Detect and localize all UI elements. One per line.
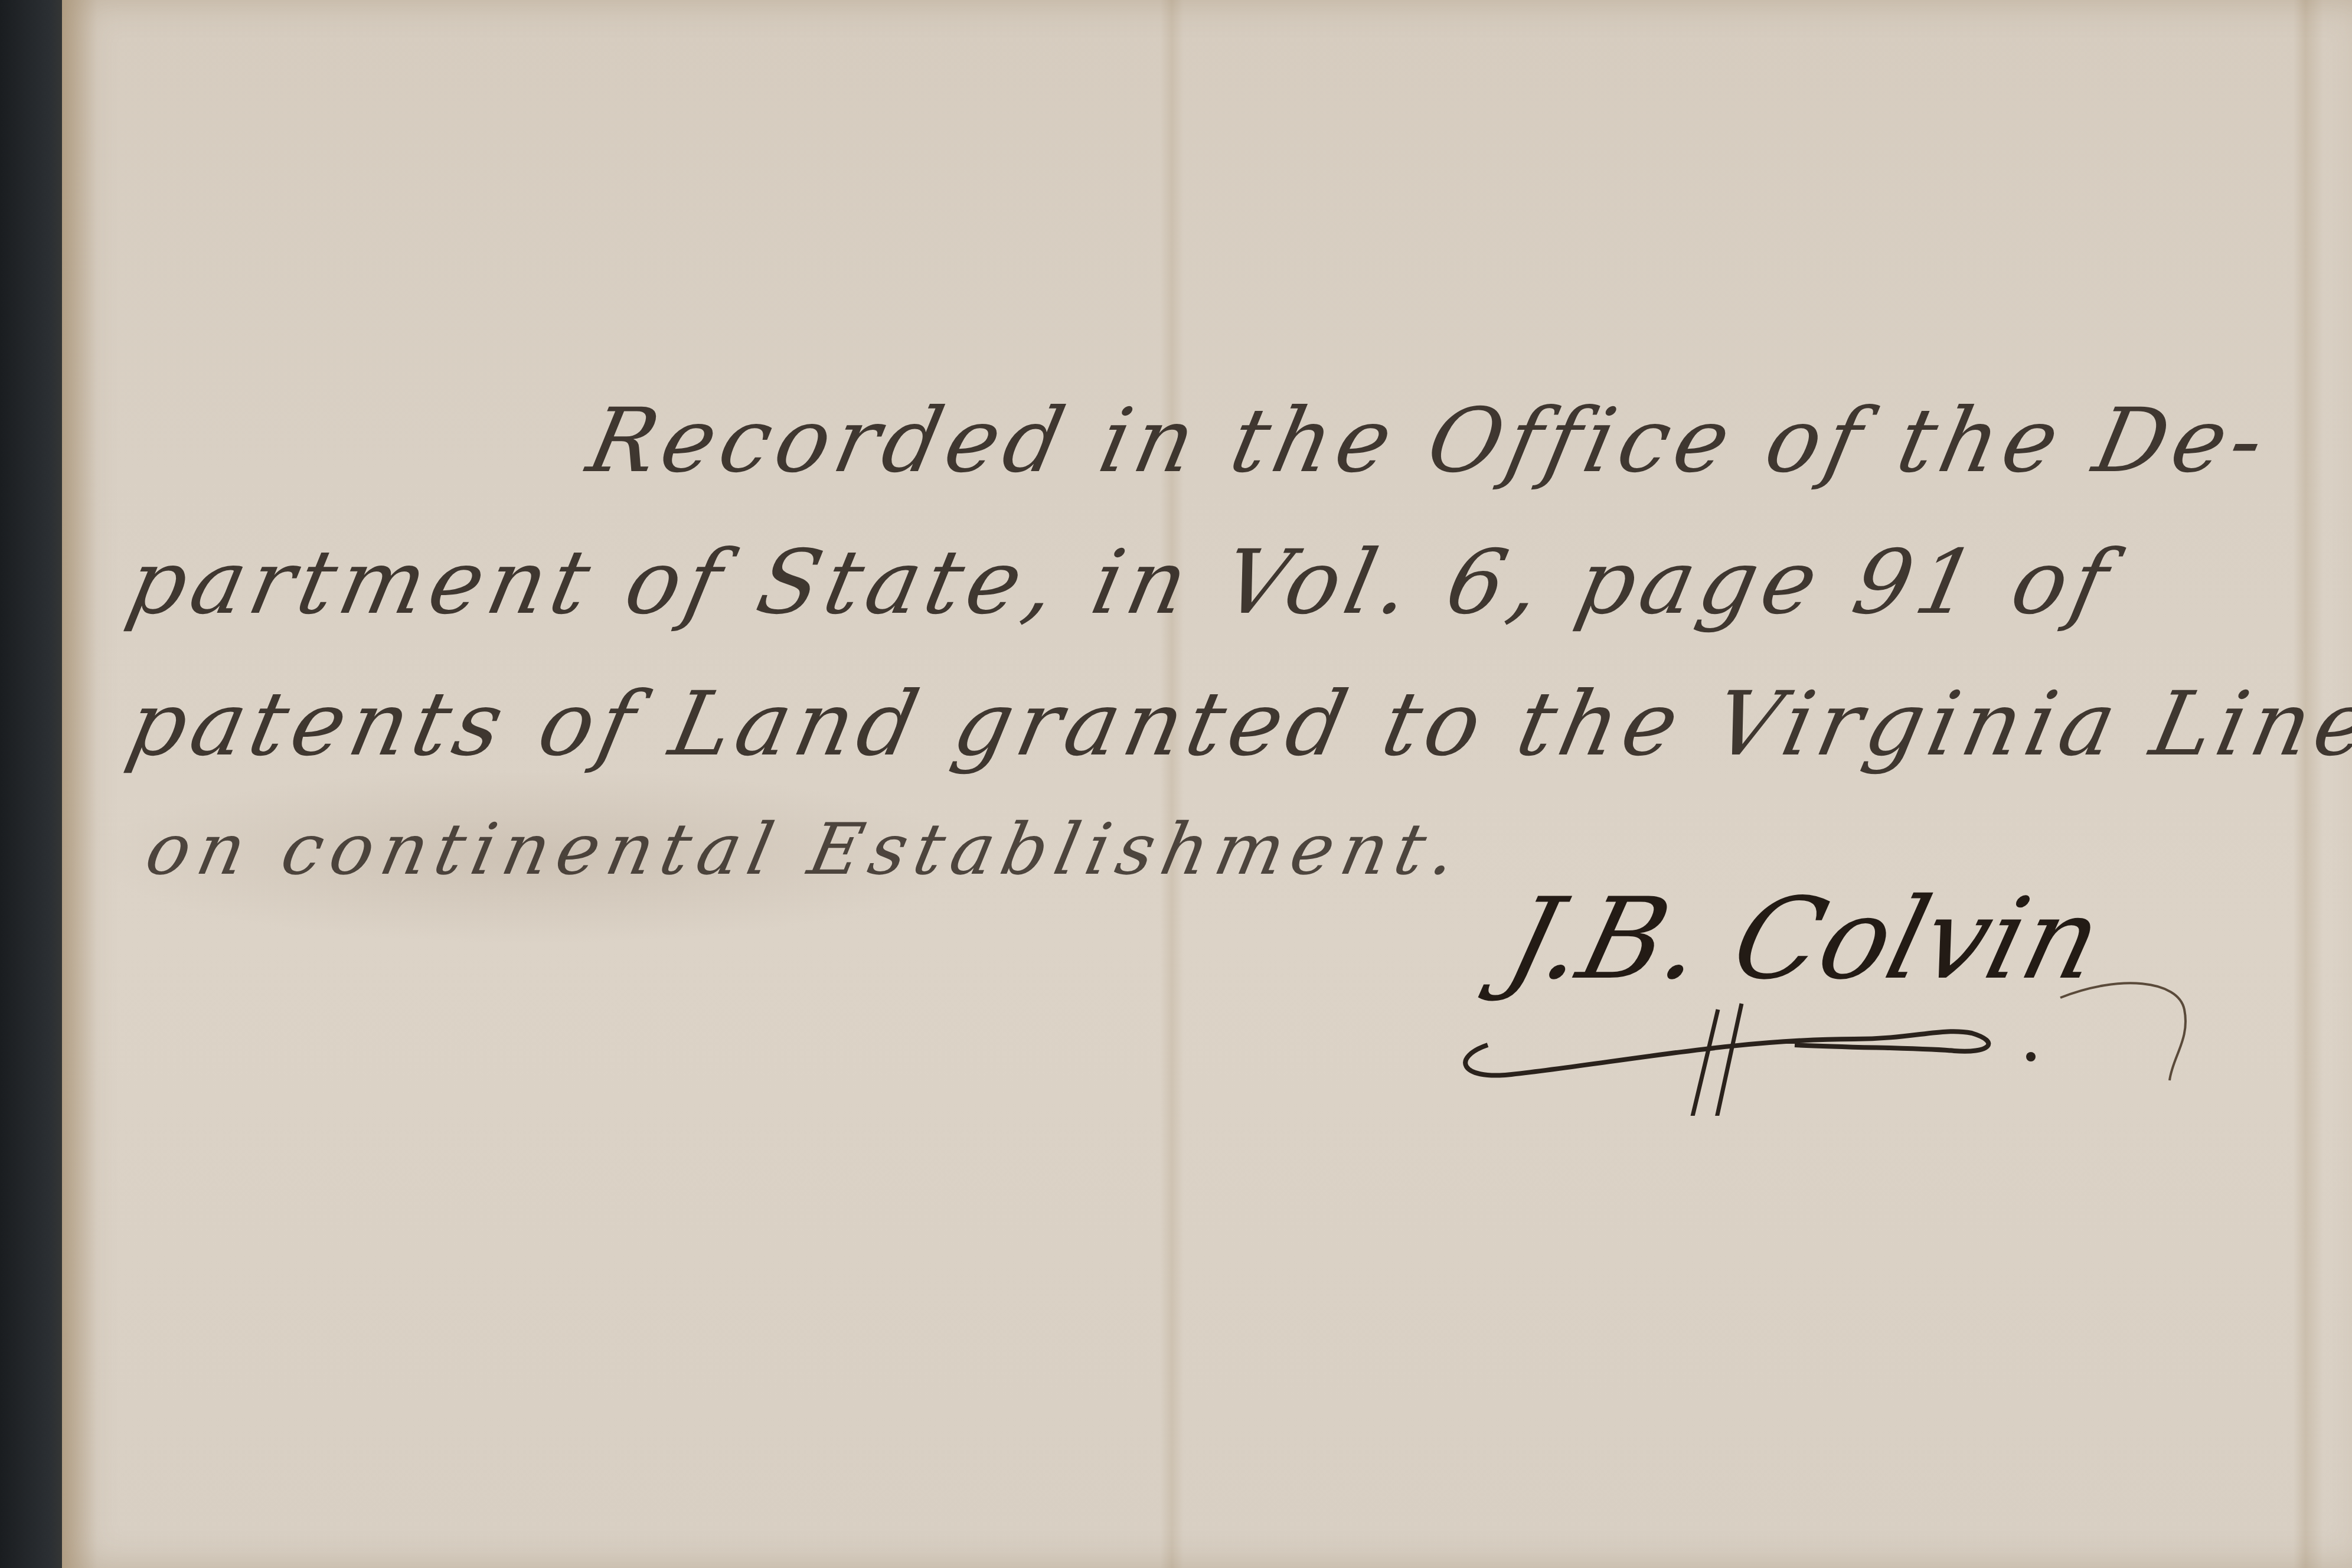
- signature-flourish-icon: [1440, 939, 2208, 1116]
- text-line-4: on continental Establishment.: [139, 809, 1472, 891]
- text-line-2: partment of State, in Vol. 6, page 91 of: [119, 531, 2123, 634]
- background-edge: [0, 0, 71, 1568]
- text-line-1: Recorded in the Office of the De-: [580, 390, 2279, 492]
- text-line-3: patents of Land granted to the Virginia …: [119, 673, 2352, 776]
